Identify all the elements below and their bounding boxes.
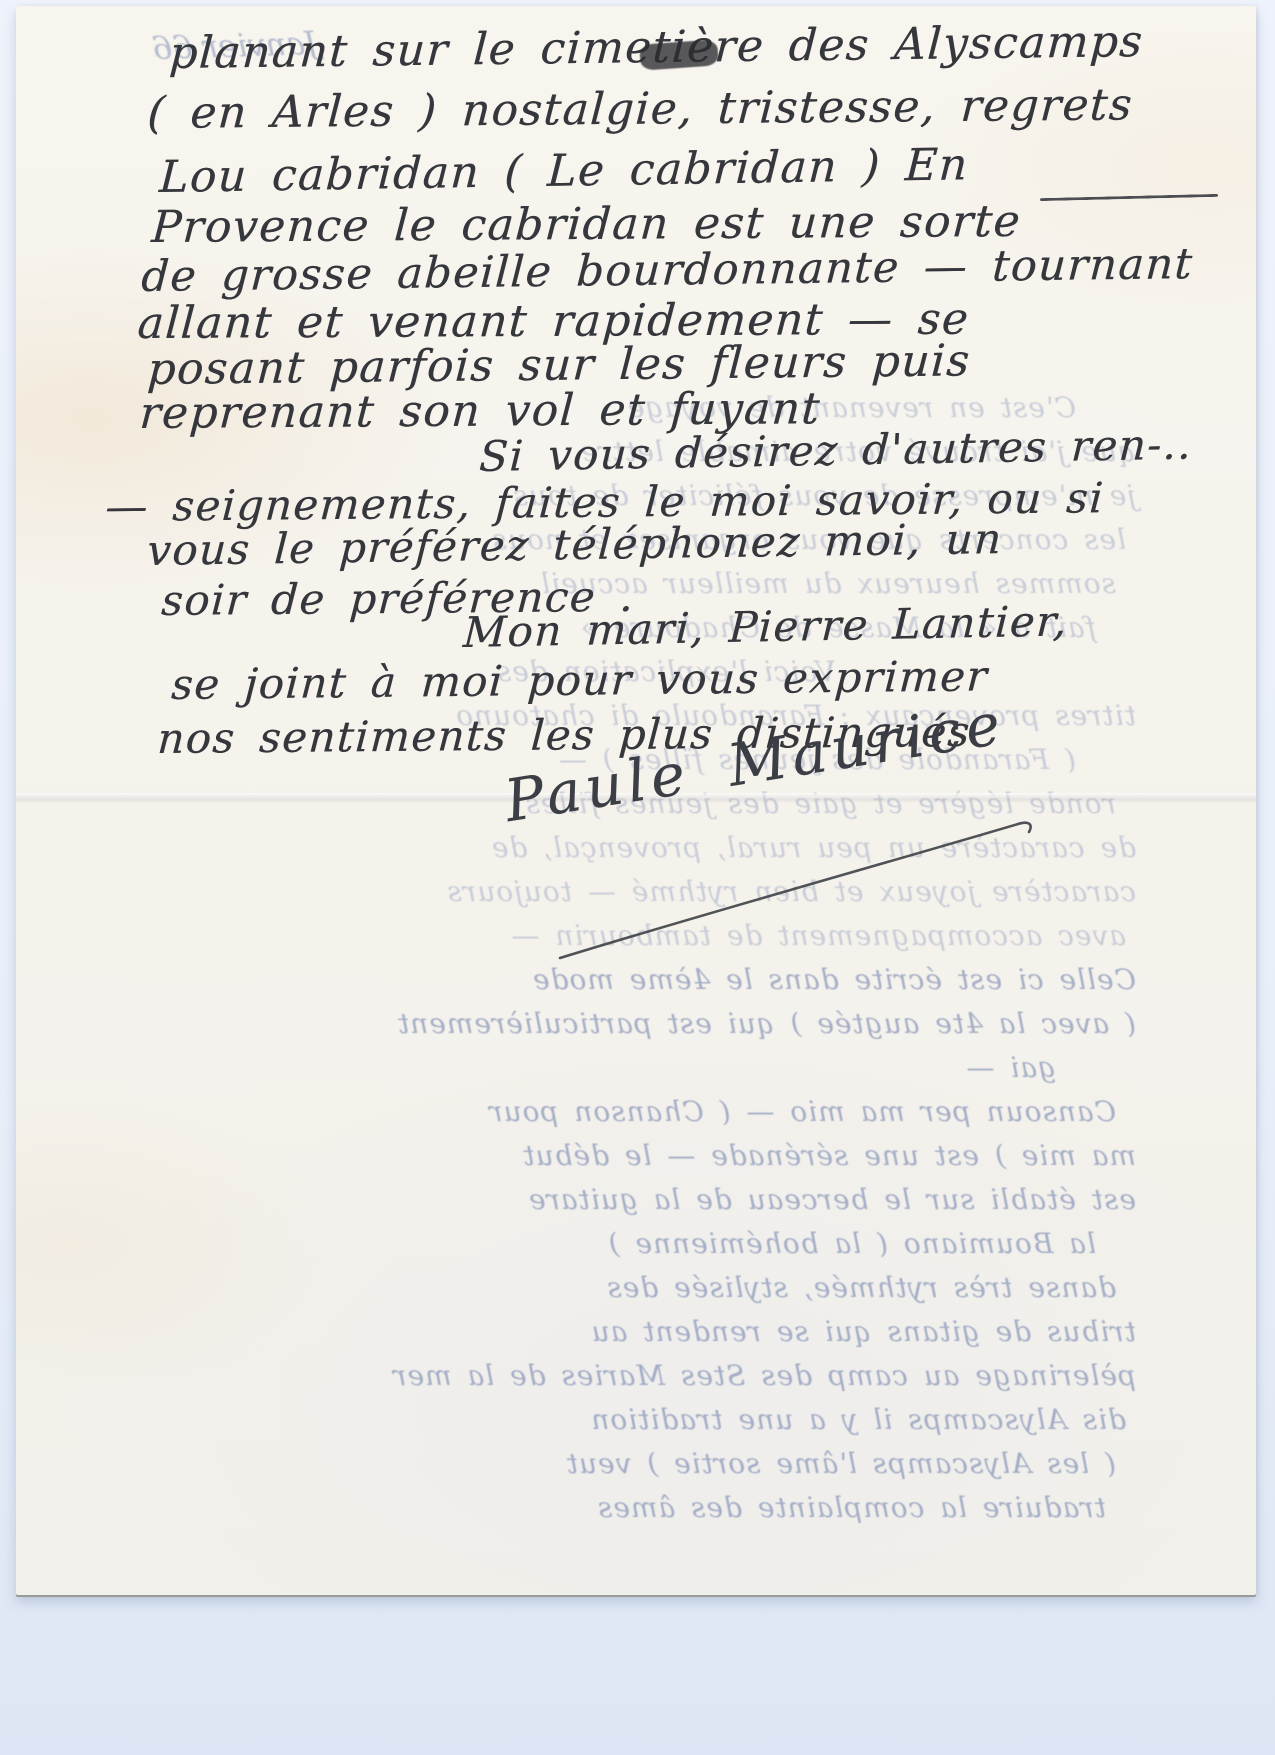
handwriting-line: ( en Arles ) nostalgie, tristesse, regre… [146, 79, 1135, 139]
bleedthrough-line: danse très rythmée, stylisée des [58, 1266, 1116, 1310]
bleedthrough-line: Cansoun per ma mio — ( Chanson pour [58, 1090, 1116, 1134]
bleedthrough-line: ( avec la 4te augtée ) qui est particuli… [58, 1002, 1136, 1046]
bleedthrough-line: tribus de gitans qui se rendent au [58, 1310, 1136, 1354]
bleedthrough-line: ma mie ) est une sérénade — le début [58, 1134, 1136, 1178]
bleedthrough-line: ( les Alyscamps l'âme sortie ) veut [58, 1442, 1116, 1486]
scanned-letter-page: Janvier 66 C'est en revenant de voyagequ… [0, 0, 1275, 1755]
bleedthrough-line: de caractère un peu rural, provençal, de [58, 826, 1136, 870]
bleedthrough-line: la Boumiano ( la bohémienne ) [58, 1222, 1096, 1266]
bleedthrough-line: est établi sur le berceau de la guitare [58, 1178, 1136, 1222]
bleedthrough-line: caractère joyeux et bien rythmé — toujou… [58, 870, 1136, 914]
bleedthrough-line: traduire la complainte des âmes [58, 1486, 1106, 1530]
ink-blot [639, 39, 719, 70]
handwriting-line: se joint à moi pour vous exprimer [170, 651, 989, 709]
bleedthrough-line: Celle ci est écrite dans le 4ème mode [58, 958, 1136, 1002]
bleedthrough-line: avec accompagnement de tambourin — [58, 914, 1126, 958]
bleedthrough-line: pèlerinage au camp des Stes Maries de la… [58, 1354, 1136, 1398]
bleedthrough-line: dis Alyscamps il y a une tradition [58, 1398, 1126, 1442]
bleedthrough-line: gai — [58, 1046, 1056, 1090]
